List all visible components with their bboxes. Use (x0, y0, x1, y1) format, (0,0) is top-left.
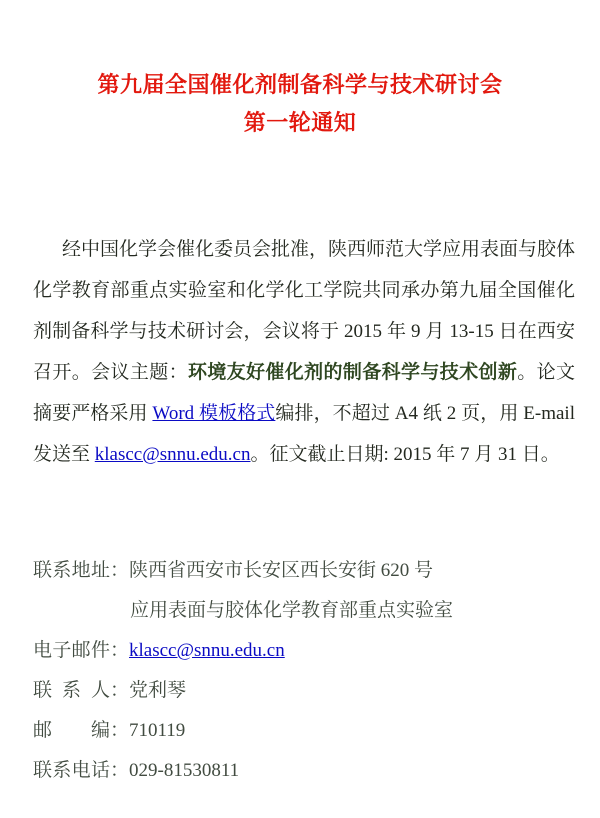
contact-email-row: 电子邮件：klascc@snnu.edu.cn (33, 631, 575, 671)
contact-address-row: 联系地址：陕西省西安市长安区西长安街 620 号 (33, 551, 575, 591)
contact-postcode-row: 邮编：710119 (33, 711, 575, 751)
contact-email-link[interactable]: klascc@snnu.edu.cn (129, 640, 285, 661)
paragraph-text-4: 。征文截止日期: 2015 年 7 月 31 日。 (251, 444, 560, 465)
contact-postcode-colon: ： (110, 711, 129, 751)
contact-phone-row: 联系电话：029-81530811 (33, 751, 575, 791)
contact-address-label: 联系地址 (33, 551, 110, 591)
title-line-1: 第九届全国催化剂制备科学与技术研讨会 (0, 66, 600, 104)
title-line-2: 第一轮通知 (0, 104, 600, 142)
body-paragraph: 经中国化学会催化委员会批准，陕西师范大学应用表面与胶体化学教育部重点实验室和化学… (33, 229, 575, 475)
contact-postcode-label: 邮编 (33, 711, 110, 751)
contact-person-row: 联系人：党利琴 (33, 671, 575, 711)
contact-address-value-line2: 应用表面与胶体化学教育部重点实验室 (130, 600, 453, 621)
contact-address-colon: ： (110, 551, 129, 591)
document-page: 第九届全国催化剂制备科学与技术研讨会 第一轮通知 经中国化学会催化委员会批准，陕… (0, 0, 600, 818)
contact-email-label: 电子邮件 (33, 631, 110, 671)
contact-email-colon: ： (110, 631, 129, 671)
contact-person-colon: ： (110, 671, 129, 711)
contact-phone-value: 029-81530811 (129, 760, 239, 781)
contact-postcode-value: 710119 (129, 720, 185, 741)
conference-theme-text: 环境友好催化剂的制备科学与技术创新 (188, 362, 517, 383)
contact-address-row-2: 应用表面与胶体化学教育部重点实验室 (33, 591, 575, 631)
contact-address-value: 陕西省西安市长安区西长安街 620 号 (129, 560, 433, 581)
contact-person-value: 党利琴 (129, 680, 186, 701)
submission-email-link[interactable]: klascc@snnu.edu.cn (95, 444, 251, 465)
contact-person-label: 联系人 (33, 671, 110, 711)
document-title: 第九届全国催化剂制备科学与技术研讨会 第一轮通知 (0, 66, 600, 142)
contact-phone-label: 联系电话 (33, 751, 110, 791)
contact-phone-colon: ： (110, 751, 129, 791)
word-template-link[interactable]: Word 模板格式 (152, 403, 275, 424)
contact-section: 联系地址：陕西省西安市长安区西长安街 620 号 应用表面与胶体化学教育部重点实… (33, 551, 575, 791)
